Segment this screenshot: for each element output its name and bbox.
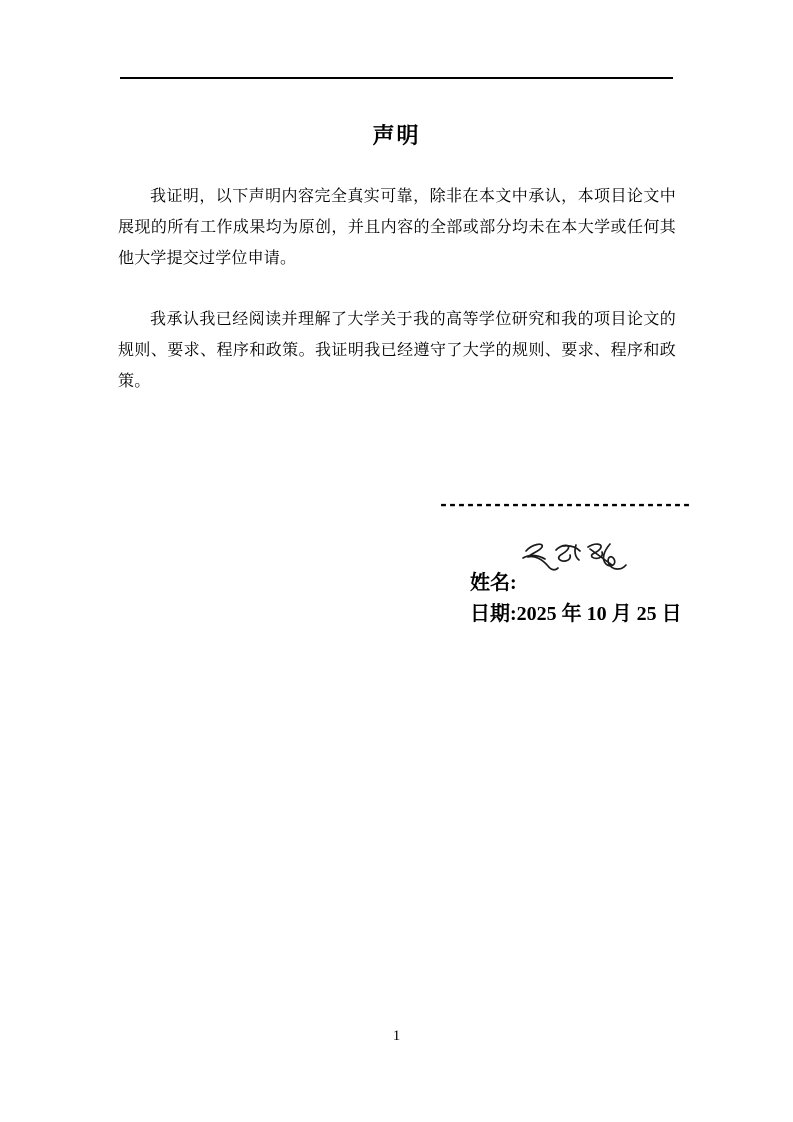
date-label: 日期:2025 年 10 月 25 日 xyxy=(470,597,682,626)
page-number: 1 xyxy=(0,1028,793,1045)
declaration-paragraph-2: 我承认我已经阅读并理解了大学关于我的高等学位研究和我的项目论文的规则、要求、程序… xyxy=(118,304,676,397)
declaration-paragraph-1: 我证明，以下声明内容完全真实可靠，除非在本文中承认，本项目论文中展现的所有工作成… xyxy=(118,181,676,274)
page-title: 声明 xyxy=(0,119,793,150)
name-label: 姓名: xyxy=(470,566,517,595)
document-page: 声明 我证明，以下声明内容完全真实可靠，除非在本文中承认，本项目论文中展现的所有… xyxy=(0,0,793,1122)
header-rule xyxy=(120,77,673,79)
handwritten-signature xyxy=(518,535,633,583)
signature-dash-line: ---------------------------- xyxy=(439,497,691,514)
